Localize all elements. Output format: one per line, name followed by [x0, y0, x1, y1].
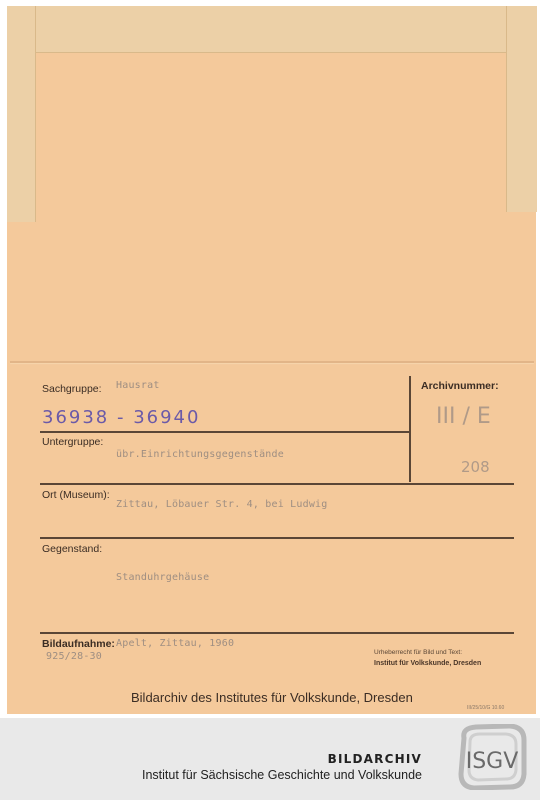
handwritten-number-range: 36938 - 36940: [42, 407, 200, 428]
untergruppe-label: Untergruppe:: [42, 436, 103, 448]
isgv-logo-icon: ISGV: [456, 724, 528, 790]
svg-text:ISGV: ISGV: [466, 749, 519, 774]
untergruppe-value: übr.Einrichtungsgegenstände: [116, 449, 284, 460]
bildaufnahme-label: Bildaufnahme:: [42, 638, 115, 650]
banner-title: BILDARCHIV: [328, 752, 422, 766]
divider: [40, 632, 514, 634]
gegenstand-label: Gegenstand:: [42, 543, 102, 555]
print-code: III/25/10/G 10.60: [467, 705, 504, 711]
archiv-divider: [409, 376, 411, 482]
card-footer: Bildarchiv des Institutes für Volkskunde…: [131, 690, 413, 705]
archivnummer-label: Archivnummer:: [421, 380, 499, 392]
divider: [40, 483, 514, 485]
archivnummer-number: 208: [461, 458, 490, 476]
banner-subtitle: Institut für Sächsische Geschichte und V…: [142, 768, 422, 782]
sachgruppe-value: Hausrat: [116, 380, 160, 391]
envelope-flap-right: [506, 6, 537, 212]
archivnummer-value: III / E: [436, 404, 491, 429]
ort-label: Ort (Museum):: [42, 489, 110, 501]
card-fold-line: [10, 361, 534, 363]
envelope-flap-left: [7, 6, 36, 222]
divider: [40, 537, 514, 539]
archive-card: [7, 6, 536, 714]
copyright-holder: Institut für Volkskunde, Dresden: [374, 660, 481, 667]
copyright-caption: Urheberrecht für Bild und Text:: [374, 649, 462, 656]
flap-edge: [35, 52, 506, 53]
bildaufnahme-value: Apelt, Zittau, 1960: [116, 638, 234, 649]
gegenstand-value: Standuhrgehäuse: [116, 572, 209, 583]
envelope-flap-top: [7, 6, 536, 52]
ort-value: Zittau, Löbauer Str. 4, bei Ludwig: [116, 499, 328, 510]
bildaufnahme-number: 925/28-30: [46, 651, 102, 662]
divider: [40, 431, 409, 433]
scanned-card-area: Sachgruppe: Hausrat 36938 - 36940 Unterg…: [0, 0, 540, 718]
sachgruppe-label: Sachgruppe:: [42, 383, 102, 395]
